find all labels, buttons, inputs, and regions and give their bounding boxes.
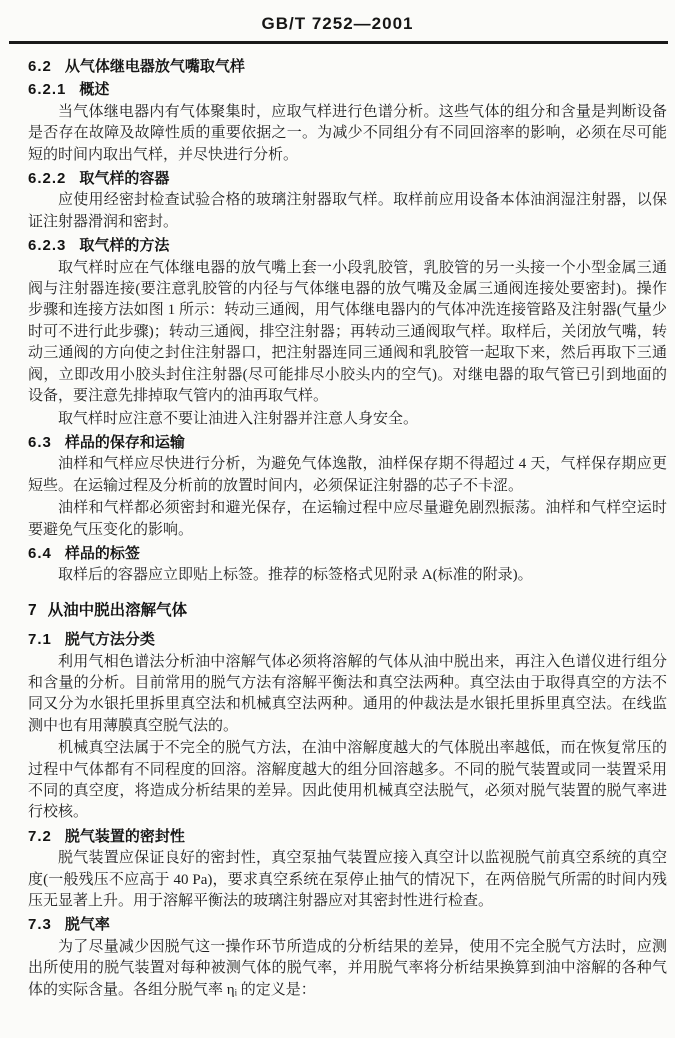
document-page: GB/T 7252—2001 6.2从气体继电器放气嘴取气样 6.2.1概述 当…	[0, 0, 675, 1038]
paragraph: 应使用经密封检查试验合格的玻璃注射器取气样。取样前应用设备本体油润湿注射器，以保…	[28, 190, 667, 233]
section-title: 概述	[79, 81, 109, 98]
chapter-title: 从油中脱出溶解气体	[48, 602, 188, 619]
section-heading-6-3: 6.3样品的保存和运输	[28, 432, 667, 453]
paragraph: 机械真空法属于不完全的脱气方法，在油中溶解度越大的气体脱出率越低，而在恢复常压的…	[28, 738, 667, 824]
standard-number: GB/T 7252—2001	[262, 14, 414, 33]
header-rule	[9, 41, 668, 44]
document-body: 6.2从气体继电器放气嘴取气样 6.2.1概述 当气体继电器内有气体聚集时，应取…	[0, 52, 675, 1001]
paragraph: 取气样时应注意不要让油进入注射器并注意人身安全。	[28, 409, 667, 430]
section-number: 6.2.2	[28, 170, 66, 187]
section-number: 6.4	[28, 545, 52, 562]
paragraph: 利用气相色谱法分析油中溶解气体必须将溶解的气体从油中脱出来，再注入色谱仪进行组分…	[28, 652, 667, 738]
section-title: 样品的标签	[65, 545, 140, 562]
section-title: 脱气率	[65, 916, 110, 933]
section-number: 7.1	[28, 631, 52, 648]
paragraph: 油样和气样应尽快进行分析，为避免气体逸散，油样保存期不得超过 4 天，气样保存期…	[28, 454, 667, 497]
section-heading-6-2: 6.2从气体继电器放气嘴取气样	[28, 56, 667, 77]
section-heading-6-2-1: 6.2.1概述	[28, 79, 667, 100]
section-heading-6-2-2: 6.2.2取气样的容器	[28, 168, 667, 189]
paragraph: 为了尽量减少因脱气这一操作环节所造成的分析结果的差异，使用不完全脱气方法时，应测…	[28, 937, 667, 1001]
paragraph: 当气体继电器内有气体聚集时，应取气样进行色谱分析。这些气体的组分和含量是判断设备…	[28, 102, 667, 166]
section-heading-7-1: 7.1脱气方法分类	[28, 629, 667, 650]
paragraph: 脱气装置应保证良好的密封性，真空泵抽气装置应接入真空计以监视脱气前真空系统的真空…	[28, 848, 667, 912]
page-header: GB/T 7252—2001	[0, 12, 675, 36]
section-heading-6-4: 6.4样品的标签	[28, 543, 667, 564]
section-heading-7-2: 7.2脱气装置的密封性	[28, 826, 667, 847]
section-title: 从气体继电器放气嘴取气样	[65, 58, 245, 75]
paragraph: 油样和气样都必须密封和避光保存，在运输过程中应尽量避免剧烈振荡。油样和气样空运时…	[28, 498, 667, 541]
section-number: 6.2.3	[28, 237, 66, 254]
section-number: 6.3	[28, 434, 52, 451]
section-heading-7-3: 7.3脱气率	[28, 914, 667, 935]
paragraph: 取样后的容器应立即贴上标签。推荐的标签格式见附录 A(标准的附录)。	[28, 565, 667, 586]
section-number: 7.3	[28, 916, 52, 933]
section-title: 脱气装置的密封性	[65, 828, 185, 845]
section-title: 取气样的方法	[79, 237, 169, 254]
section-title: 取气样的容器	[79, 170, 169, 187]
section-title: 样品的保存和运输	[65, 434, 185, 451]
chapter-heading-7: 7从油中脱出溶解气体	[28, 600, 667, 621]
section-number: 6.2.1	[28, 81, 66, 98]
section-number: 7.2	[28, 828, 52, 845]
chapter-number: 7	[28, 602, 38, 619]
paragraph: 取气样时应在气体继电器的放气嘴上套一小段乳胶管，乳胶管的另一头接一个小型金属三通…	[28, 258, 667, 408]
section-heading-6-2-3: 6.2.3取气样的方法	[28, 235, 667, 256]
section-title: 脱气方法分类	[65, 631, 155, 648]
section-number: 6.2	[28, 58, 52, 75]
